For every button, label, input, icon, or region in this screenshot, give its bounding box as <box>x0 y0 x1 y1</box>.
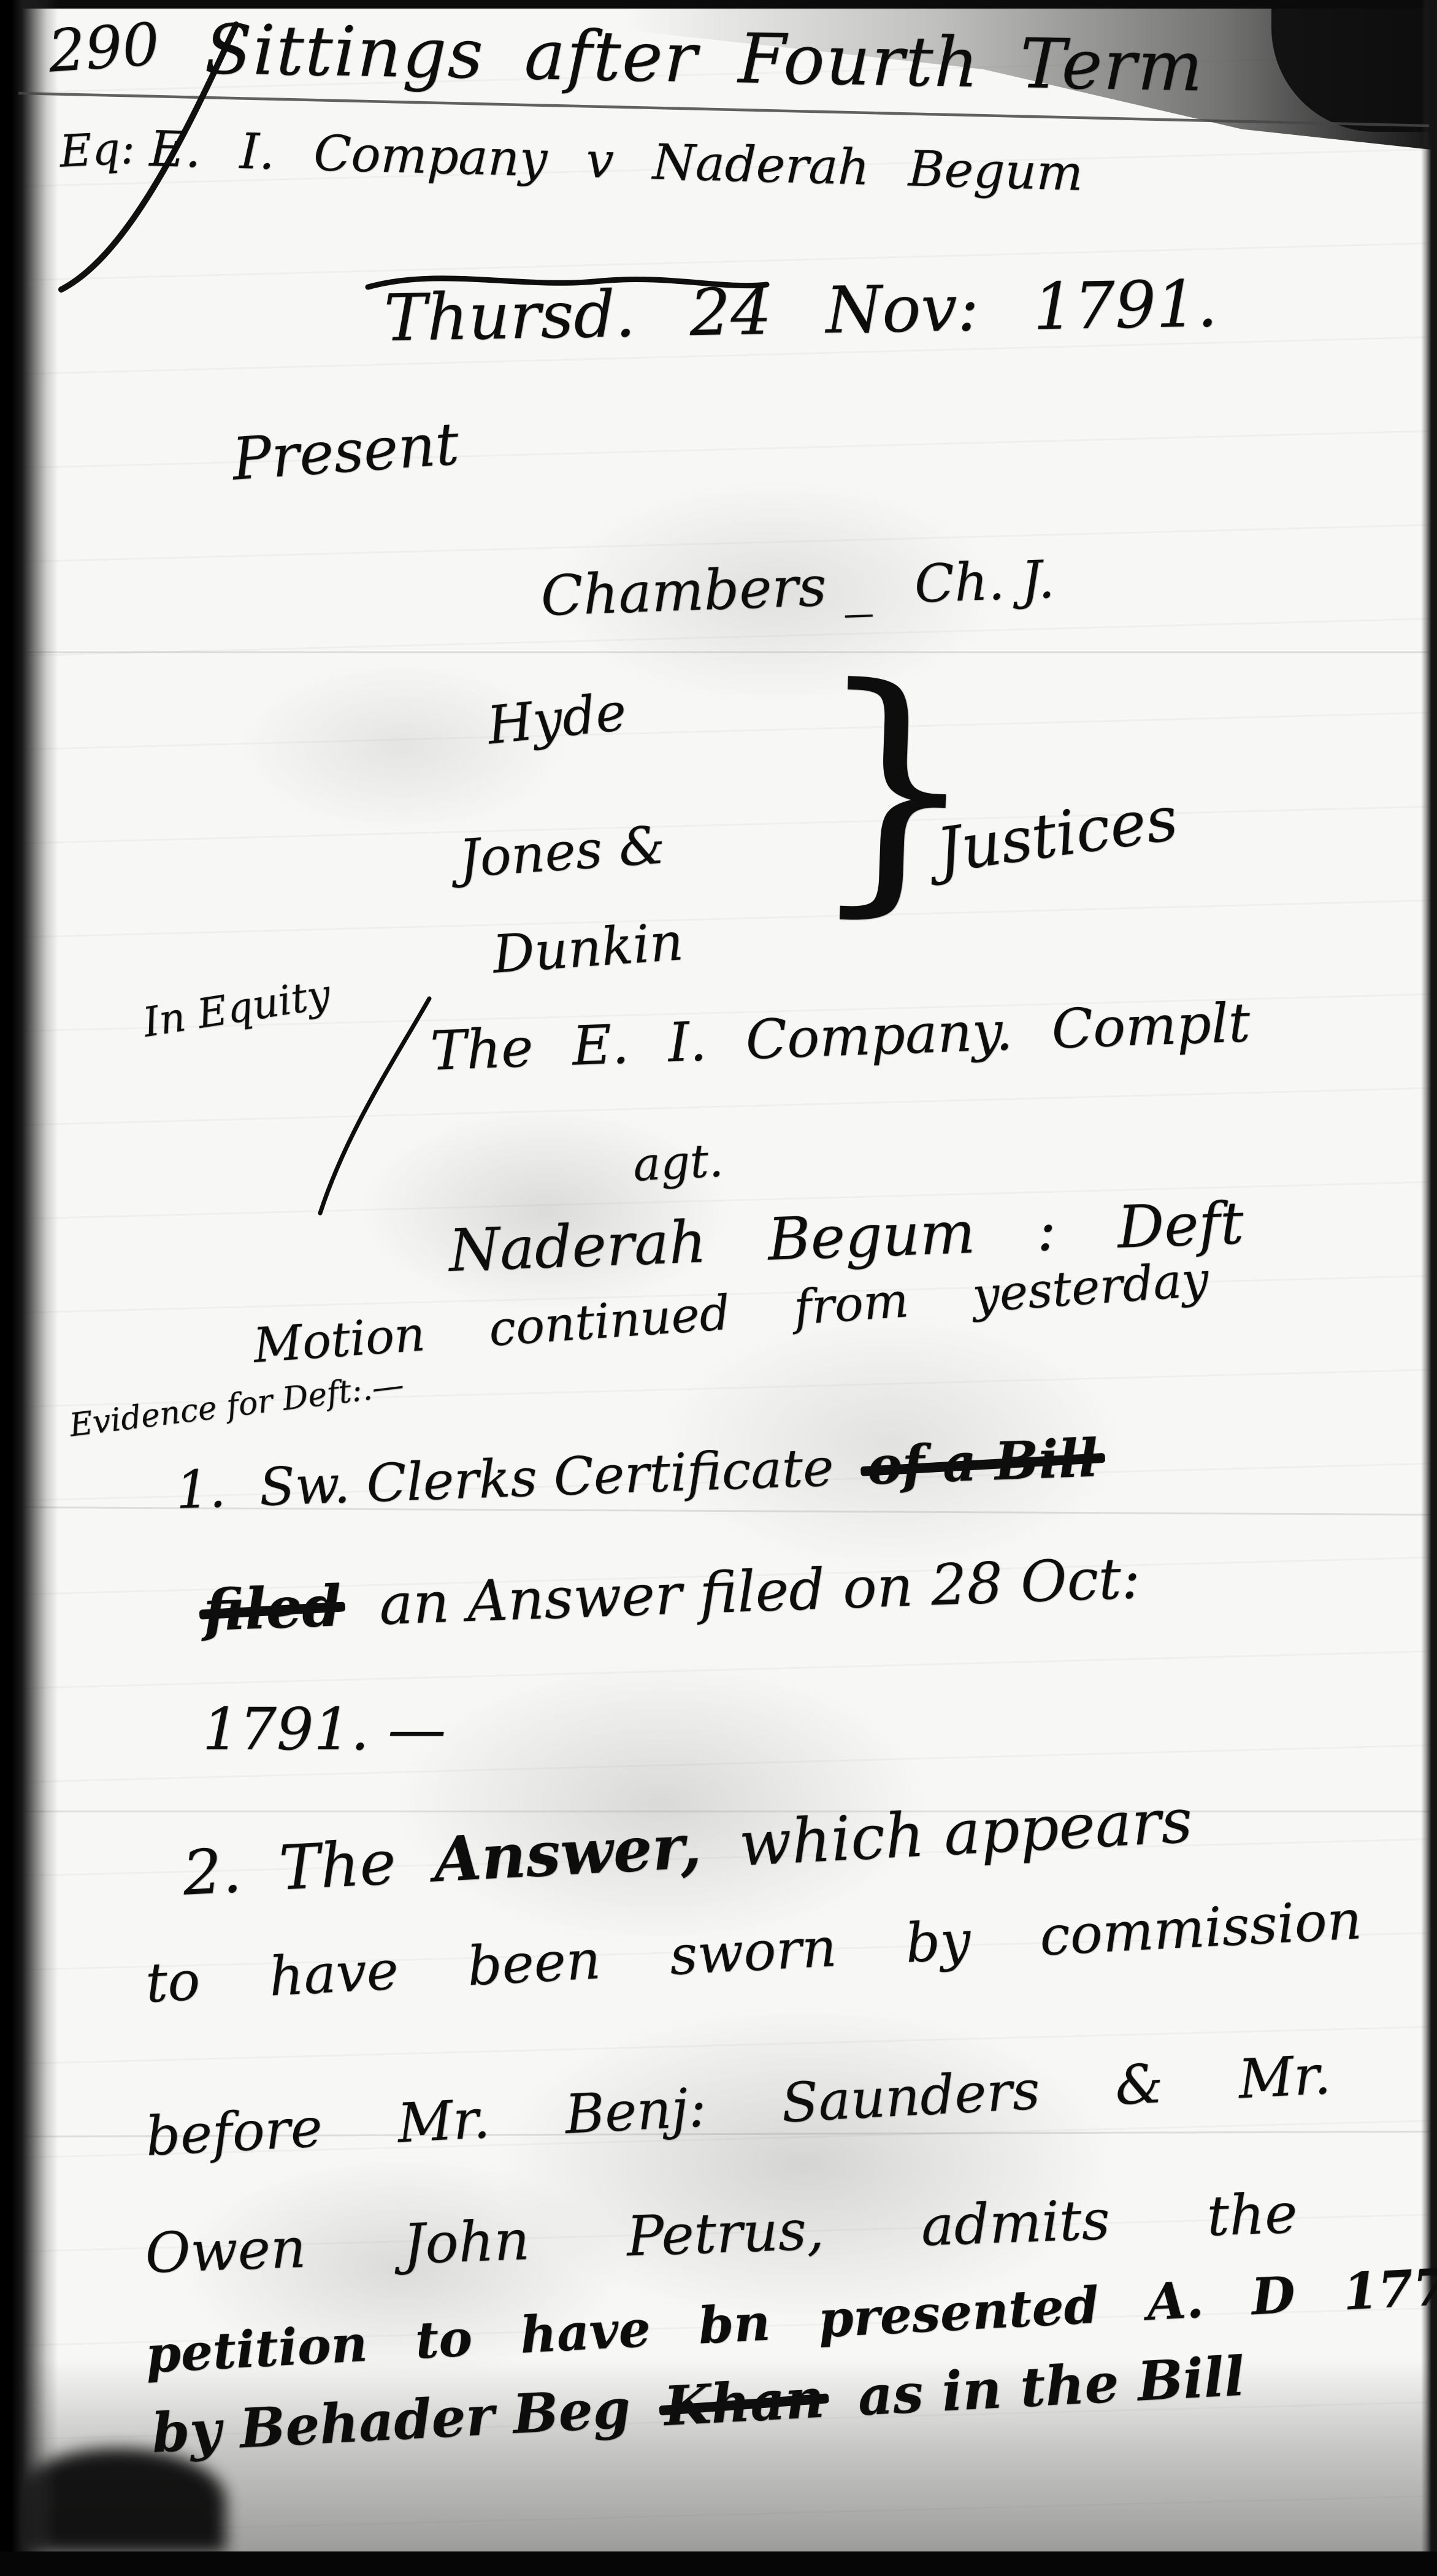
scan-border-bottom <box>0 2551 1437 2576</box>
manuscript-page: 290 Sittings after Fourth Term Eq: E. I.… <box>0 0 1437 2576</box>
against-abbrev: agt. <box>632 1133 724 1192</box>
item-1-number: 1. <box>175 1459 227 1521</box>
item-2-line-1-answer: Answer, <box>432 1810 703 1896</box>
chief-justice-title: Ch. J. <box>913 550 1056 615</box>
page-number: 290 <box>46 10 162 85</box>
item-1-line-2-struck-word: filed <box>202 1573 342 1644</box>
item-1-struck-words: of a Bill <box>866 1427 1098 1497</box>
chief-justice-name: Chambers _ <box>540 553 873 629</box>
item-2-line-6-struck-word: Khan <box>662 2366 826 2439</box>
item-2-line-1-the: The <box>277 1827 397 1904</box>
item-2-number: 2. <box>181 1834 243 1909</box>
in-equity-slash <box>320 999 429 1213</box>
evidence-item-1-line-3: 1791. — <box>202 1696 446 1763</box>
margin-note-eq: Eq: <box>58 122 136 177</box>
date-line: Thursd. 24 Nov: 1791. <box>383 266 1218 356</box>
